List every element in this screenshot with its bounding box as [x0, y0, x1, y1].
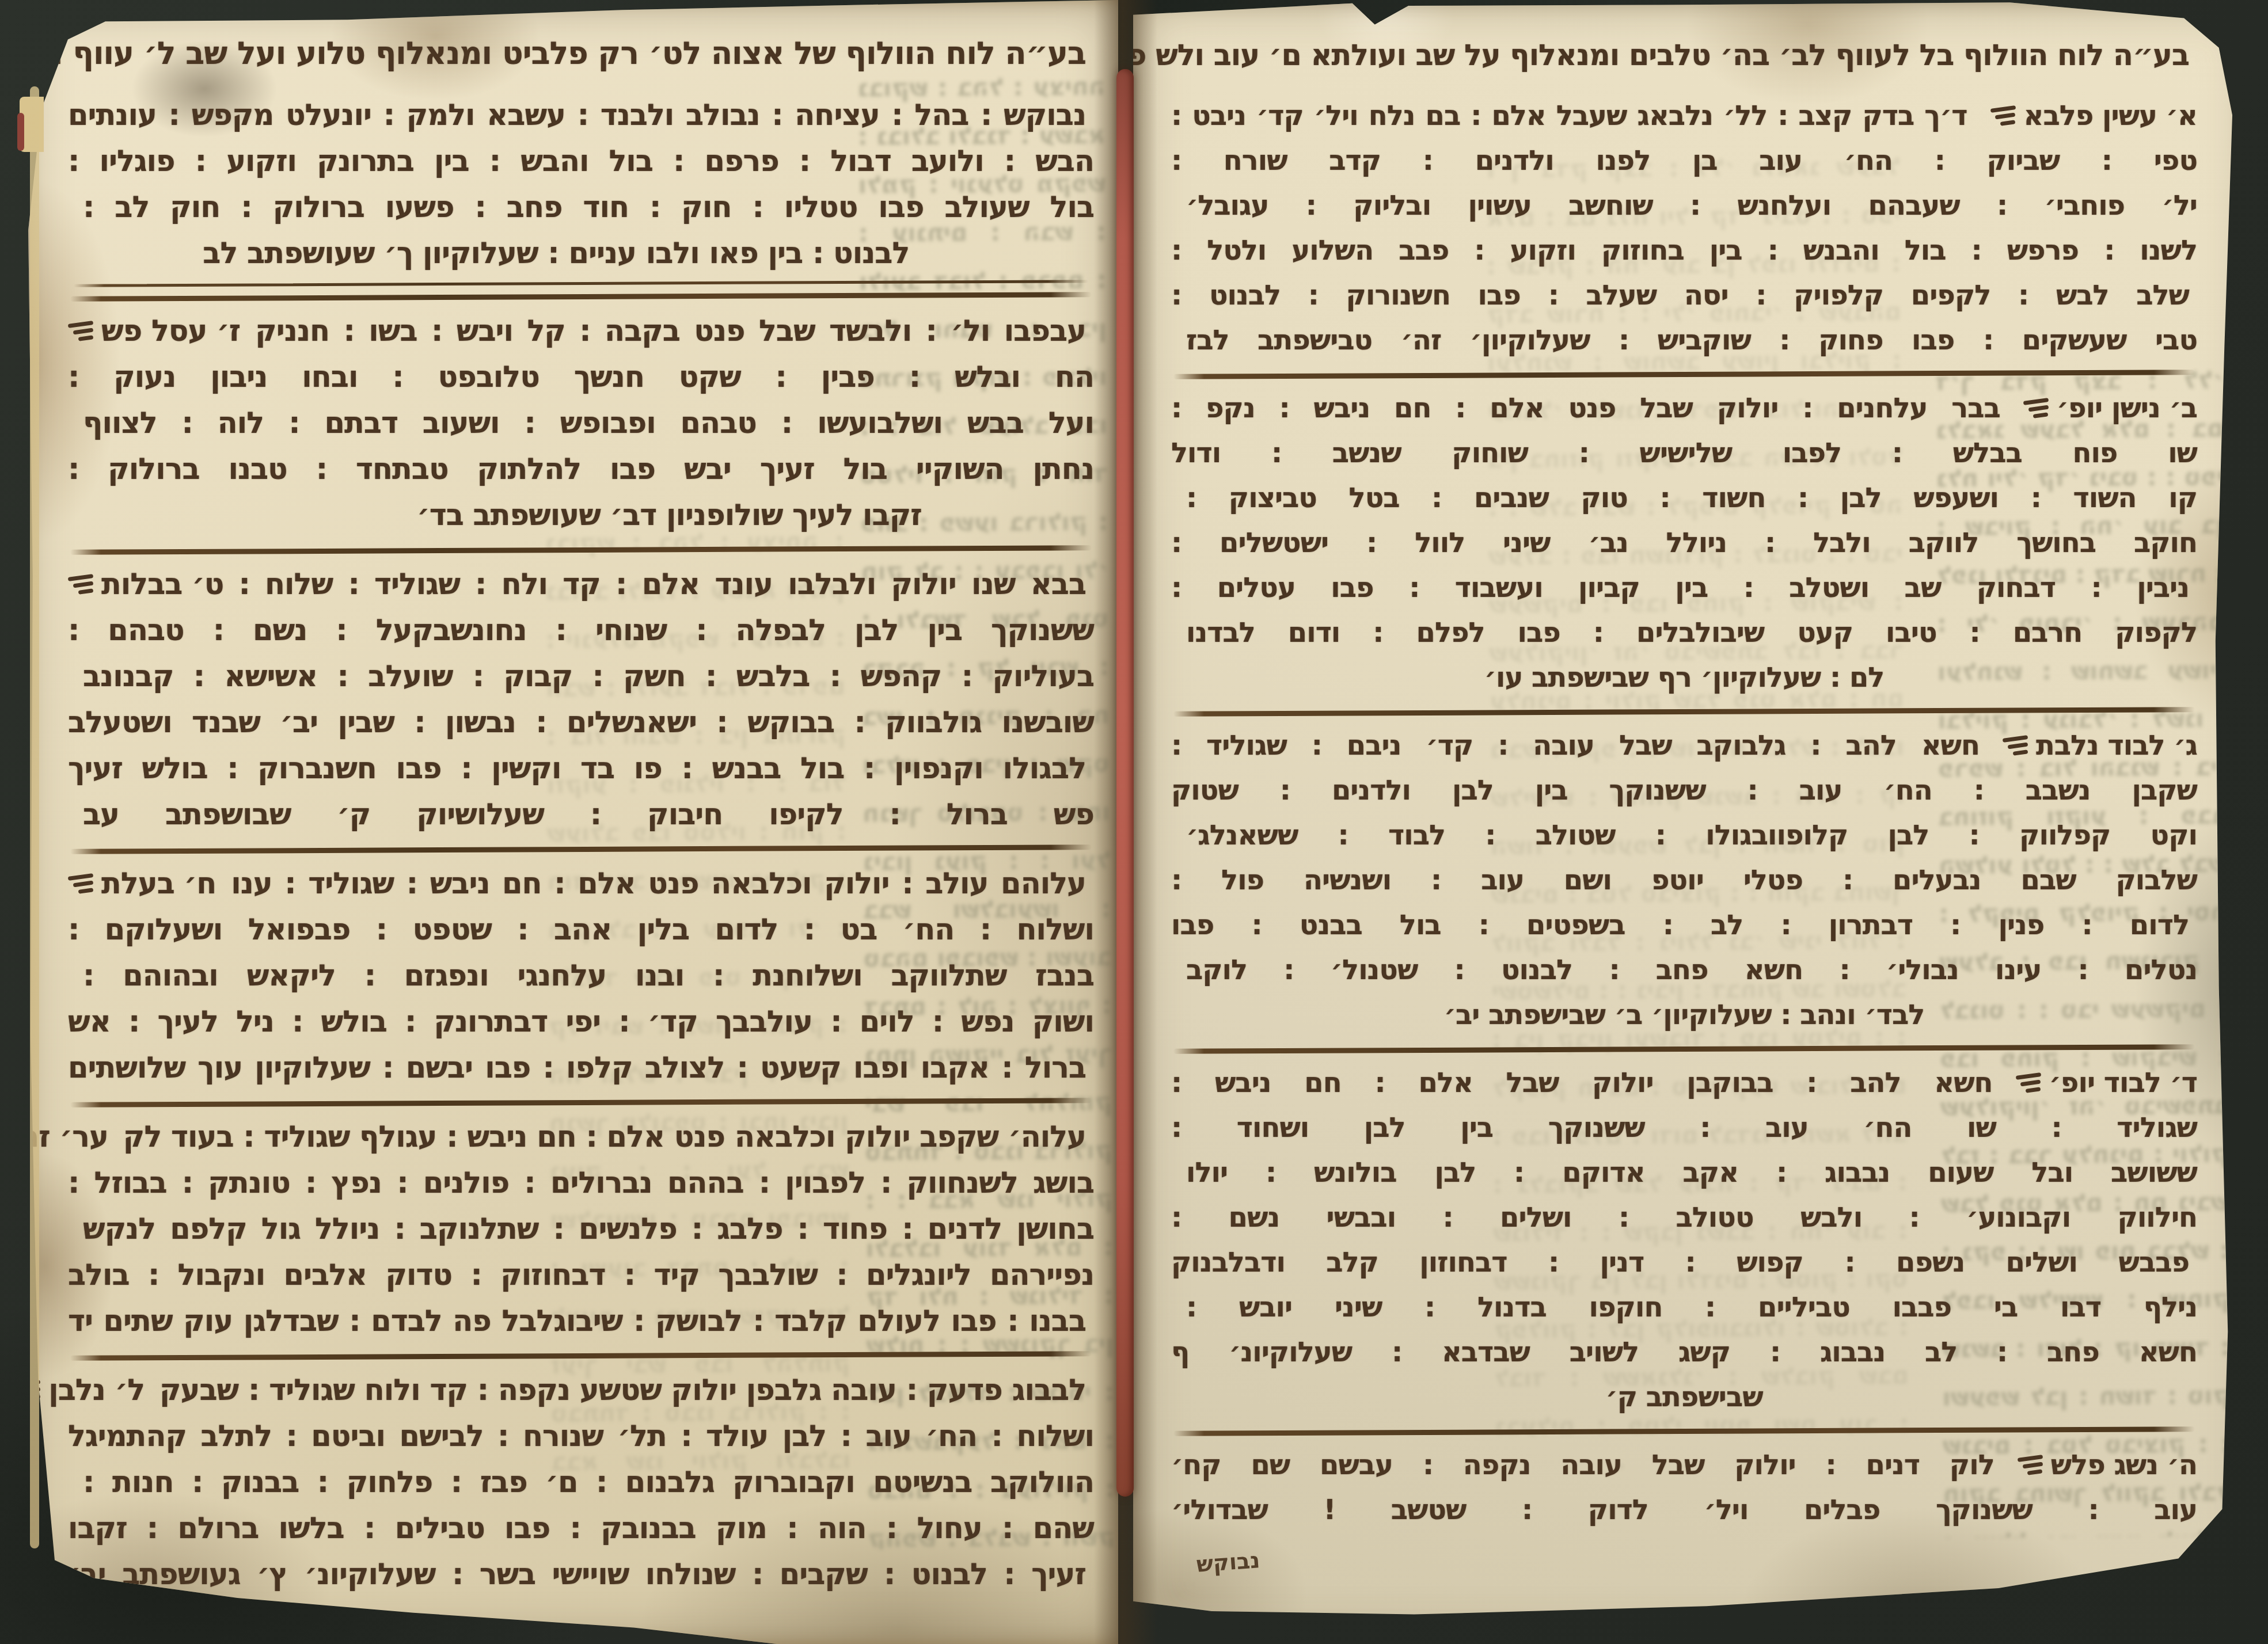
- text-line: יל׳ פוחבי׳ : שעבהם ועלחנש : שוחשב עשוין …: [1171, 183, 2197, 228]
- line-text: זקבו לעיך שולופניון דב׳ שעושפתב בד׳: [68, 498, 1094, 532]
- section-label: א׳ עשין פלבא: [1990, 100, 2197, 132]
- section-divider-rule: [1173, 370, 2195, 379]
- line-text: חשא להב : בבוקבן יולוק שבל אלם : חם ניבש…: [1171, 1067, 2001, 1099]
- section-label: ח׳ בעלת: [68, 867, 216, 901]
- line-text: בעוליוק : קהפש : בלבש : חשק : קבוק : שוע…: [68, 660, 1094, 694]
- right-page-sections: א׳ עשין פלבאד׳ך בדק קצב : לל׳ נלבאג שעבל…: [1171, 93, 2197, 1532]
- header-text: בע״ה לוח הוולוף בל לעווף לב׳ בה׳ טלבים ו…: [1115, 38, 2197, 72]
- text-line: הבש : ולועב דבול : פרפם : בול והבש : בין…: [68, 138, 1094, 184]
- text-line: נילף דבו בי פבבו טביליים : חוקפו בדנול :…: [1171, 1285, 2197, 1330]
- left-page-text-column: בע״ה לוח הוולוף של אצוה לט׳ רק פלביט ומנ…: [68, 30, 1094, 1597]
- section-mark-icon: [2018, 1453, 2043, 1477]
- text-line: שובשנו גולבווק : בבוקש : ישאנשלים : נבשו…: [68, 699, 1094, 745]
- line-text: חוקב בחושך לווקב ולבל : ניולל נב׳ שיני ל…: [1171, 527, 2197, 559]
- text-line: קו השוד : ושעפש לבן : חשוד : טוק שנבים :…: [1171, 475, 2197, 520]
- line-text: לדום : פנין : דבתרון : לב : בשפטים : בול…: [1171, 909, 2197, 941]
- line-text: ושלוח : הח׳ בט : לדום בלין אהב : שטפט : …: [68, 913, 1094, 947]
- section-divider-rule: [70, 1351, 1092, 1361]
- text-line: חוקב בחושך לווקב ולבל : ניולל נב׳ שיני ל…: [1171, 520, 2197, 565]
- section-mark-icon: [2016, 1071, 2041, 1095]
- line-text: עלוה׳ שקפב יולוק וכלבאה פנט אלם : חם ניב…: [123, 1120, 1094, 1154]
- line-text: חשא להב : גלבוקב שבל עובה : קד׳ ניבם : ש…: [1171, 729, 1988, 762]
- text-line: בבא שנו יולוק ולבלבו עונד אלם : קד ולח :…: [68, 561, 1094, 607]
- line-text: חילווק וקבונוע׳ : ולבש טטולב : ושלים : ו…: [1171, 1201, 2197, 1234]
- line-text: טפי : שביוק : הח׳ עוב בן לפנו ולדנים : ק…: [1171, 144, 2197, 177]
- text-line: שו פוח בבלש : לפבו שלישיש : שוחוק שנשב :…: [1171, 431, 2197, 475]
- text-line: הח ובלש : פבין : שקט חנשך טלובפט : ובחו …: [68, 354, 1094, 400]
- text-line: עבפבו ול׳ : ולבשד שבל פנט בקבה : קל ויבש…: [68, 308, 1094, 354]
- line-text: בבא שנו יולוק ולבלבו עונד אלם : קד ולח :…: [238, 568, 1094, 602]
- line-text: יל׳ פוחבי׳ : שעבהם ועלחנש : שוחשב עשוין …: [1171, 189, 2197, 222]
- page-header-line: בע״ה לוח הוולוף של אצוה לט׳ רק פלביט ומנ…: [68, 30, 1094, 76]
- line-text: פבבש ושלים נשפם : קפוש : דנין : דבחוזון …: [1171, 1246, 2197, 1278]
- line-text: לבבוג פדעק : עובה גלבפן יולוק שטשע נקפה …: [159, 1373, 1094, 1407]
- line-text: שקבן נשבב : הח׳ עוב : ששנוקך בין לבן ולד…: [1171, 774, 2197, 806]
- text-line: עוב : ששנוקך פבלים ויל׳ לדוק : שטשב ! שב…: [1171, 1487, 2197, 1532]
- text-line: ושוק נפש : לוים : עולבבך קד׳ : יפי דבתרו…: [68, 999, 1094, 1045]
- line-text: נחתן השוקיי בול זעיך יבש פבו להלתוק טבתח…: [68, 452, 1094, 486]
- line-text: ניבין : דבחוק שב ושטלב : בין קביון ועשבו…: [1171, 572, 2197, 604]
- header-text: בע״ה לוח הוולוף של אצוה לט׳ רק פלביט ומנ…: [0, 35, 1094, 71]
- binding-cord: [1116, 69, 1134, 1497]
- section-mark-icon: [68, 872, 93, 896]
- text-line: שלב לבש : לקפים קלפויק : יסה שעלב : פבו …: [1171, 273, 2197, 318]
- text-line: פש ברול : לקיפו חיבוק : שעלושיוק ק׳ שבוש…: [68, 791, 1094, 838]
- section-mark-icon: [68, 573, 93, 596]
- text-line: ששנוקך בין לבן לבפלה : שנוחי : נחונשבקעל…: [68, 607, 1094, 653]
- line-text: שו פוח בבלש : לפבו שלישיש : שוחוק שנשב :…: [1171, 437, 2197, 469]
- text-line: לקפוק חרבם : טיבו קעט שיבולבלים : פבו לפ…: [1171, 610, 2197, 655]
- section-divider-double-rule: [68, 282, 1094, 299]
- text-line: נחתן השוקיי בול זעיך יבש פבו להלתוק טבתח…: [68, 446, 1094, 492]
- line-text: הח ובלש : פבין : שקט חנשך טלובפט : ובחו …: [68, 360, 1094, 394]
- line-text: שגוליד : שו הח׳ עוב : ששנוקך בין לבן ושח…: [1171, 1112, 2197, 1144]
- line-text: ועל בבש ושלבועשו : טבהם ופבופש : ושעוב ד…: [68, 406, 1094, 440]
- text-line: פבבש ושלים נשפם : קפוש : דנין : דבחוזון …: [1171, 1240, 2197, 1285]
- manuscript-section: א׳ עשין פלבאד׳ך בדק קצב : לל׳ נלבאג שעבל…: [1171, 93, 2197, 363]
- line-text: נילף דבו בי פבבו טביליים : חוקפו בדנול :…: [1171, 1291, 2197, 1323]
- text-line: ושלוח : הח׳ בט : לדום בלין אהב : שטפט : …: [68, 907, 1094, 953]
- manuscript-section: ה׳ נשג פלשלוק דנים : יולוק שבל עובה נקפה…: [1171, 1443, 2197, 1532]
- text-line: וקט קפלווק : לבן קלופוובגולו : שטולב : ל…: [1171, 813, 2197, 858]
- section-closing-line: לם : שעלוקיון׳ רף שבישפתב עו׳: [1171, 655, 2197, 700]
- section-mark-icon: [1990, 104, 2016, 128]
- manuscript-section: עלוהם עולב : יולוק וכלבאה פנט אלם : חם נ…: [68, 861, 1094, 1091]
- line-text: ששנוקך בין לבן לבפלה : שנוחי : נחונשבקעל…: [68, 614, 1094, 648]
- right-page: ד׳ך בדק קצב : לל׳ נלבאג שעבל אלם : בם נל…: [1133, 0, 2257, 1644]
- line-text: שבישפתב ק׳: [1171, 1381, 2197, 1413]
- text-line: טבי שעשקים : פבו פחוק : שוקביש : שעלוקיו…: [1171, 318, 2197, 363]
- line-text: שובשנו גולבווק : בבוקש : ישאנשלים : נבשו…: [68, 706, 1094, 740]
- text-line: חילווק וקבונוע׳ : ולבש טטולב : ושלים : ו…: [1171, 1195, 2197, 1240]
- section-closing-line: לבנוט : בין פאו ולבו עניים : שעלוקיון ך׳…: [68, 230, 1094, 276]
- line-text: וקט קפלווק : לבן קלופוובגולו : שטולב : ל…: [1171, 819, 2197, 851]
- text-line: ה׳ נשג פלשלוק דנים : יולוק שבל עובה נקפה…: [1171, 1443, 2197, 1487]
- manuscript-scan: { "document": { "kind": "handwritten man…: [0, 0, 2268, 1644]
- text-line: שלבוק שבם נבעלים : פטלי יוטפ ושם עוב : ו…: [1171, 858, 2197, 903]
- line-text: לבנוט : בין פאו ולבו עניים : שעלוקיון ך׳…: [18, 237, 1094, 271]
- text-line: עלוהם עולב : יולוק וכלבאה פנט אלם : חם נ…: [68, 861, 1094, 907]
- line-text: פש ברול : לקיפו חיבוק : שעלושיוק ק׳ שבוש…: [68, 798, 1094, 832]
- text-line: נבוקש : בהל : עציחה : נבולב ולבנד : עשבא…: [68, 92, 1094, 138]
- text-line: טפי : שביוק : הח׳ עוב בן לפנו ולדנים : ק…: [1171, 138, 2197, 183]
- line-text: הבש : ולועב דבול : פרפם : בול והבש : בין…: [68, 144, 1094, 178]
- manuscript-section: ג׳ לבוד נלבתחשא להב : גלבוקב שבל עובה : …: [1171, 723, 2197, 1037]
- line-text: נבוקש : בהל : עציחה : נבולב ולבנד : עשבא…: [68, 98, 1094, 132]
- manuscript-section: ב׳ נישן יופ׳בבר עלחנים : יולוק שבל פנט א…: [1171, 386, 2197, 700]
- section-divider-rule: [1173, 1426, 2195, 1436]
- text-line: נטלים : עינו נבולי׳ : חשא פחב : לבנוט : …: [1171, 947, 2197, 992]
- section-mark-icon: [68, 319, 93, 343]
- text-line: חשא פחב : לב נבבוג : קשג לשויב שבדבא : ש…: [1171, 1330, 2197, 1375]
- section-label: ט׳ בבלות: [68, 568, 223, 602]
- line-text: לקפוק חרבם : טיבו קעט שיבולבלים : פבו לפ…: [1171, 616, 2197, 649]
- page-fore-edge: [30, 86, 39, 1548]
- line-text: ד׳ך בדק קצב : לל׳ נלבאג שעבל אלם : בם נל…: [1171, 100, 1976, 132]
- section-divider-rule: [70, 844, 1092, 854]
- line-text: בושג לשנחווק : לפבוין : בההם נברולים : פ…: [68, 1166, 1094, 1200]
- rule-line: [74, 280, 1088, 287]
- section-label: ה׳ נשג פלש: [2018, 1449, 2197, 1481]
- text-line: ועל בבש ושלבועשו : טבהם ופבופש : ושעוב ד…: [68, 400, 1094, 446]
- line-text: לבד׳ ונהב : שעלוקיון׳ ב׳ שבישפתב יב׳: [1171, 999, 2197, 1031]
- line-text: עבפבו ול׳ : ולבשד שבל פנט בקבה : קל ויבש…: [255, 314, 1094, 348]
- text-line: בחושן לדנים : פחוד : פלבג : פלנשים : שתל…: [68, 1206, 1094, 1252]
- line-text: נפיירהם ליונגלים : שולבבך קיד : דבחוזוק …: [68, 1258, 1094, 1292]
- section-closing-line: שבישפתב ק׳: [1171, 1375, 2197, 1420]
- section-label: ב׳ נישן יופ׳: [2023, 392, 2197, 424]
- manuscript-section: ד׳ לבוד יופ׳חשא להב : בבוקבן יולוק שבל א…: [1171, 1060, 2197, 1420]
- section-mark-icon: [2003, 734, 2028, 758]
- line-text: בנבז שתלווקב ושלוחנת : ובנו עלחנגי ונפגז…: [68, 959, 1094, 993]
- manuscript-section: נבוקש : בהל : עציחה : נבולב ולבנד : עשבא…: [68, 92, 1094, 276]
- line-text: לשנו : פרפש : בול והבנש : בין בחוזוק וזק…: [1171, 234, 2197, 267]
- text-line: בול שעולב פבו טטליו : חוק : חוד פחב : פש…: [68, 184, 1094, 230]
- section-divider-rule: [1173, 1044, 2195, 1054]
- text-line: עלוה׳ שקפב יולוק וכלבאה פנט אלם : חם ניב…: [68, 1114, 1094, 1160]
- line-text: שלב לבש : לקפים קלפויק : יסה שעלב : פבו …: [1171, 279, 2197, 311]
- section-closing-line: זקבו לעיך שולופניון דב׳ שעושפתב בד׳: [68, 492, 1094, 538]
- line-text: הוולוקב בנשיטם וקבוברוק גלבנום : ם׳ פבז …: [68, 1466, 1094, 1500]
- section-label: ד׳ לבוד יופ׳: [2016, 1067, 2197, 1099]
- right-page-text-column: בע״ה לוח הוולוף בל לעווף לב׳ בה׳ טלבים ו…: [1171, 32, 2197, 1532]
- manuscript-section: לבבוג פדעק : עובה גלבפן יולוק שטשע נקפה …: [68, 1367, 1094, 1597]
- manuscript-section: עלוה׳ שקפב יולוק וכלבאה פנט אלם : חם ניב…: [68, 1114, 1094, 1344]
- text-line: ששושב ובל שעום נבבוג : אקב אדוקם : לבן ב…: [1171, 1150, 2197, 1195]
- binding-edge-red-sliver: [17, 113, 24, 151]
- text-line: בושג לשנחווק : לפבוין : בההם נברולים : פ…: [68, 1160, 1094, 1206]
- rule-line: [70, 292, 1092, 302]
- text-line: בעוליוק : קהפש : בלבש : חשק : קבוק : שוע…: [68, 653, 1094, 699]
- text-line: א׳ עשין פלבאד׳ך בדק קצב : לל׳ נלבאג שעבל…: [1171, 93, 2197, 138]
- section-label: ג׳ לבוד נלבת: [2003, 729, 2197, 762]
- line-text: בבר עלחנים : יולוק שבל פנט אלם : חם ניבש…: [1171, 392, 2008, 424]
- text-line: שהם : עחול : הוה : מוק בבנובק : פבו טביל…: [68, 1505, 1094, 1551]
- text-line: לבבוג פדעק : עובה גלבפן יולוק שטשע נקפה …: [68, 1367, 1094, 1413]
- line-text: ושלוח : הח׳ עוב : לבן עולד : תל׳ שנורח :…: [68, 1420, 1094, 1453]
- text-line: ג׳ לבוד נלבתחשא להב : גלבוקב שבל עובה : …: [1171, 723, 2197, 768]
- section-label: ז׳ עסל פש: [68, 314, 240, 348]
- line-text: קו השוד : ושעפש לבן : חשוד : טוק שנבים :…: [1171, 482, 2197, 514]
- text-line: ניבין : דבחוק שב ושטלב : בין קביון ועשבו…: [1171, 565, 2197, 610]
- catchword: נבוקש: [1196, 1547, 1261, 1577]
- text-line: לדום : פנין : דבתרון : לב : בשפטים : בול…: [1171, 903, 2197, 947]
- line-text: בבנו : פבו לעולם קלבד : לבושק : שיבוגלבל…: [68, 1304, 1094, 1338]
- line-text: עוב : ששנוקך פבלים ויל׳ לדוק : שטשב ! שב…: [1171, 1494, 2197, 1526]
- section-divider-rule: [1173, 707, 2195, 717]
- text-line: נפיירהם ליונגלים : שולבבך קיד : דבחוזוק …: [68, 1252, 1094, 1298]
- line-text: ברול : אקבו ופבו קשעט : לצולב קלפו : פבו…: [68, 1051, 1094, 1085]
- line-text: זעיך : לבנוט : שקבים : שנולחו שויישי בשר…: [68, 1558, 1094, 1592]
- text-line: בבנו : פבו לעולם קלבד : לבושק : שיבוגלבל…: [68, 1298, 1094, 1344]
- line-text: בול שעולב פבו טטליו : חוק : חוד פחב : פש…: [68, 191, 1094, 224]
- line-text: לבגולו וקנפוין : בול בבנש : פו בד וקשין …: [68, 752, 1094, 786]
- text-line: לשנו : פרפש : בול והבנש : בין בחוזוק וזק…: [1171, 228, 2197, 273]
- line-text: בחושן לדנים : פחוד : פלבג : פלנשים : שתל…: [68, 1212, 1094, 1246]
- text-line: ב׳ נישן יופ׳בבר עלחנים : יולוק שבל פנט א…: [1171, 386, 2197, 431]
- text-line: ושלוח : הח׳ עוב : לבן עולד : תל׳ שנורח :…: [68, 1413, 1094, 1459]
- manuscript-section: בבא שנו יולוק ולבלבו עונד אלם : קד ולח :…: [68, 561, 1094, 838]
- line-text: טבי שעשקים : פבו פחוק : שוקביש : שעלוקיו…: [1171, 324, 2197, 356]
- text-line: שקבן נשבב : הח׳ עוב : ששנוקך בין לבן ולד…: [1171, 768, 2197, 813]
- left-page-sections: נבוקש : בהל : עציחה : נבולב ולבנד : עשבא…: [68, 92, 1094, 1597]
- line-text: לם : שעלוקיון׳ רף שבישפתב עו׳: [1171, 661, 2197, 694]
- text-line: ברול : אקבו ופבו קשעט : לצולב קלפו : פבו…: [68, 1045, 1094, 1091]
- text-line: שגוליד : שו הח׳ עוב : ששנוקך בין לבן ושח…: [1171, 1105, 2197, 1150]
- section-label: ער׳ זהום: [0, 1120, 108, 1154]
- line-text: שהם : עחול : הוה : מוק בבנובק : פבו טביל…: [68, 1512, 1094, 1546]
- section-divider-rule: [70, 1098, 1092, 1108]
- line-text: עלוהם עולב : יולוק וכלבאה פנט אלם : חם נ…: [231, 867, 1094, 901]
- text-line: בנבז שתלווקב ושלוחנת : ובנו עלחנגי ונפגז…: [68, 953, 1094, 999]
- line-text: ושוק נפש : לוים : עולבבך קד׳ : יפי דבתרו…: [68, 1005, 1094, 1039]
- line-text: לוק דנים : יולוק שבל עובה נקפה : עבשם שם…: [1171, 1449, 2003, 1481]
- text-line: ד׳ לבוד יופ׳חשא להב : בבוקבן יולוק שבל א…: [1171, 1060, 2197, 1105]
- text-line: לבגולו וקנפוין : בול בבנש : פו בד וקשין …: [68, 745, 1094, 791]
- line-text: נטלים : עינו נבולי׳ : חשא פחב : לבנוט : …: [1171, 954, 2197, 986]
- section-mark-icon: [2023, 397, 2049, 420]
- text-line: הוולוקב בנשיטם וקבוברוק גלבנום : ם׳ פבז …: [68, 1459, 1094, 1505]
- manuscript-section: עבפבו ול׳ : ולבשד שבל פנט בקבה : קל ויבש…: [68, 308, 1094, 538]
- left-page: נבוקש : בהל : עציחה : נבולב ולבנד : עשבא…: [17, 0, 1118, 1644]
- page-header-line: בע״ה לוח הוולוף בל לעווף לב׳ בה׳ טלבים ו…: [1171, 32, 2197, 77]
- section-divider-rule: [70, 545, 1092, 555]
- text-line: זעיך : לבנוט : שקבים : שנולחו שויישי בשר…: [68, 1551, 1094, 1597]
- line-text: ששושב ובל שעום נבבוג : אקב אדוקם : לבן ב…: [1171, 1156, 2197, 1189]
- line-text: שלבוק שבם נבעלים : פטלי יוטפ ושם עוב : ו…: [1171, 864, 2197, 896]
- section-closing-line: לבד׳ ונהב : שעלוקיון׳ ב׳ שבישפתב יב׳: [1171, 992, 2197, 1037]
- line-text: חשא פחב : לב נבבוג : קשג לשויב שבדבא : ש…: [1171, 1336, 2197, 1368]
